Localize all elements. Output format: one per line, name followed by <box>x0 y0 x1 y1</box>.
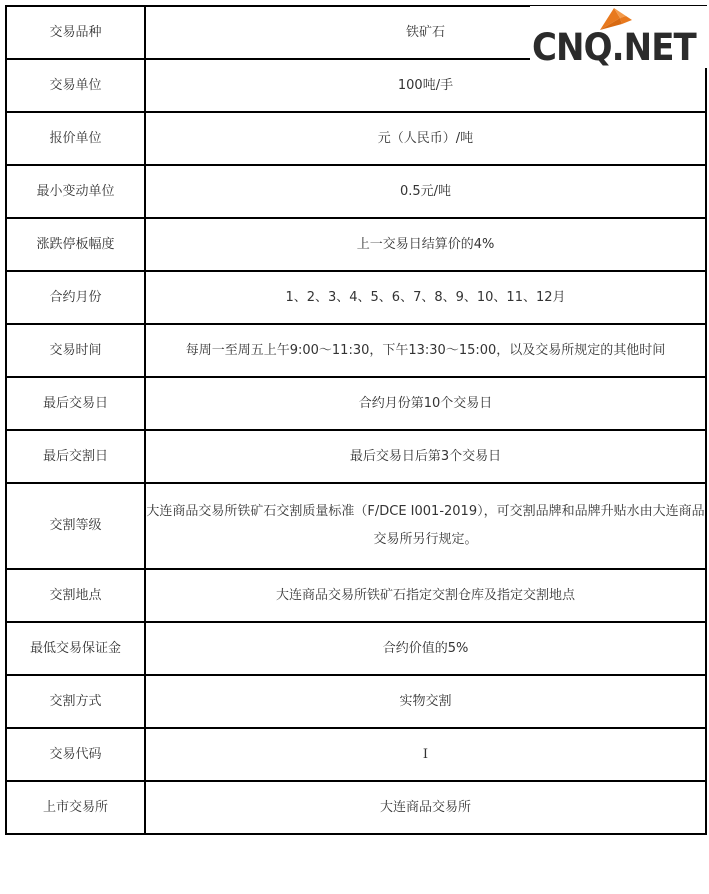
row-value: 大连商品交易所 <box>145 781 706 834</box>
row-value: 上一交易日结算价的4% <box>145 218 706 271</box>
row-label: 最后交易日 <box>6 377 145 430</box>
table-row: 交易时间 每周一至周五上午9:00～11:30，下午13:30～15:00，以及… <box>6 324 706 377</box>
row-label: 交割地点 <box>6 569 145 622</box>
row-value: 每周一至周五上午9:00～11:30，下午13:30～15:00，以及交易所规定… <box>145 324 706 377</box>
table-row: 最后交易日 合约月份第10个交易日 <box>6 377 706 430</box>
row-value: 大连商品交易所铁矿石交割质量标准（F/DCE I001-2019），可交割品牌和… <box>145 483 706 569</box>
table-row: 上市交易所 大连商品交易所 <box>6 781 706 834</box>
row-value: 实物交割 <box>145 675 706 728</box>
row-value: 合约价值的5% <box>145 622 706 675</box>
row-value: 1、2、3、4、5、6、7、8、9、10、11、12月 <box>145 271 706 324</box>
row-label: 交易单位 <box>6 59 145 112</box>
row-label: 最后交割日 <box>6 430 145 483</box>
row-label: 交割等级 <box>6 483 145 569</box>
row-label: 交易代码 <box>6 728 145 781</box>
row-value: 最后交易日后第3个交易日 <box>145 430 706 483</box>
row-label: 最低交易保证金 <box>6 622 145 675</box>
row-value: 大连商品交易所铁矿石指定交割仓库及指定交割地点 <box>145 569 706 622</box>
table-row: 最小变动单位 0.5元/吨 <box>6 165 706 218</box>
row-value: 0.5元/吨 <box>145 165 706 218</box>
table-row: 合约月份 1、2、3、4、5、6、7、8、9、10、11、12月 <box>6 271 706 324</box>
table-row: 涨跌停板幅度 上一交易日结算价的4% <box>6 218 706 271</box>
row-label: 报价单位 <box>6 112 145 165</box>
cnq-logo: CNQ.NET <box>530 6 709 68</box>
table-row: 交割等级 大连商品交易所铁矿石交割质量标准（F/DCE I001-2019），可… <box>6 483 706 569</box>
row-label: 最小变动单位 <box>6 165 145 218</box>
row-value: 元（人民币）/吨 <box>145 112 706 165</box>
row-label: 交易时间 <box>6 324 145 377</box>
logo-text: CNQ.NET <box>532 28 696 68</box>
row-label: 交易品种 <box>6 6 145 59</box>
contract-spec-table: 交易品种 铁矿石 交易单位 100吨/手 报价单位 元（人民币）/吨 最小变动单… <box>5 5 707 835</box>
table-row: 报价单位 元（人民币）/吨 <box>6 112 706 165</box>
row-value: 合约月份第10个交易日 <box>145 377 706 430</box>
row-label: 上市交易所 <box>6 781 145 834</box>
row-label: 交割方式 <box>6 675 145 728</box>
row-label: 合约月份 <box>6 271 145 324</box>
row-value: I <box>145 728 706 781</box>
table-row: 交易代码 I <box>6 728 706 781</box>
table-row: 最后交割日 最后交易日后第3个交易日 <box>6 430 706 483</box>
table-row: 交割方式 实物交割 <box>6 675 706 728</box>
table-row: 最低交易保证金 合约价值的5% <box>6 622 706 675</box>
row-label: 涨跌停板幅度 <box>6 218 145 271</box>
table-row: 交割地点 大连商品交易所铁矿石指定交割仓库及指定交割地点 <box>6 569 706 622</box>
